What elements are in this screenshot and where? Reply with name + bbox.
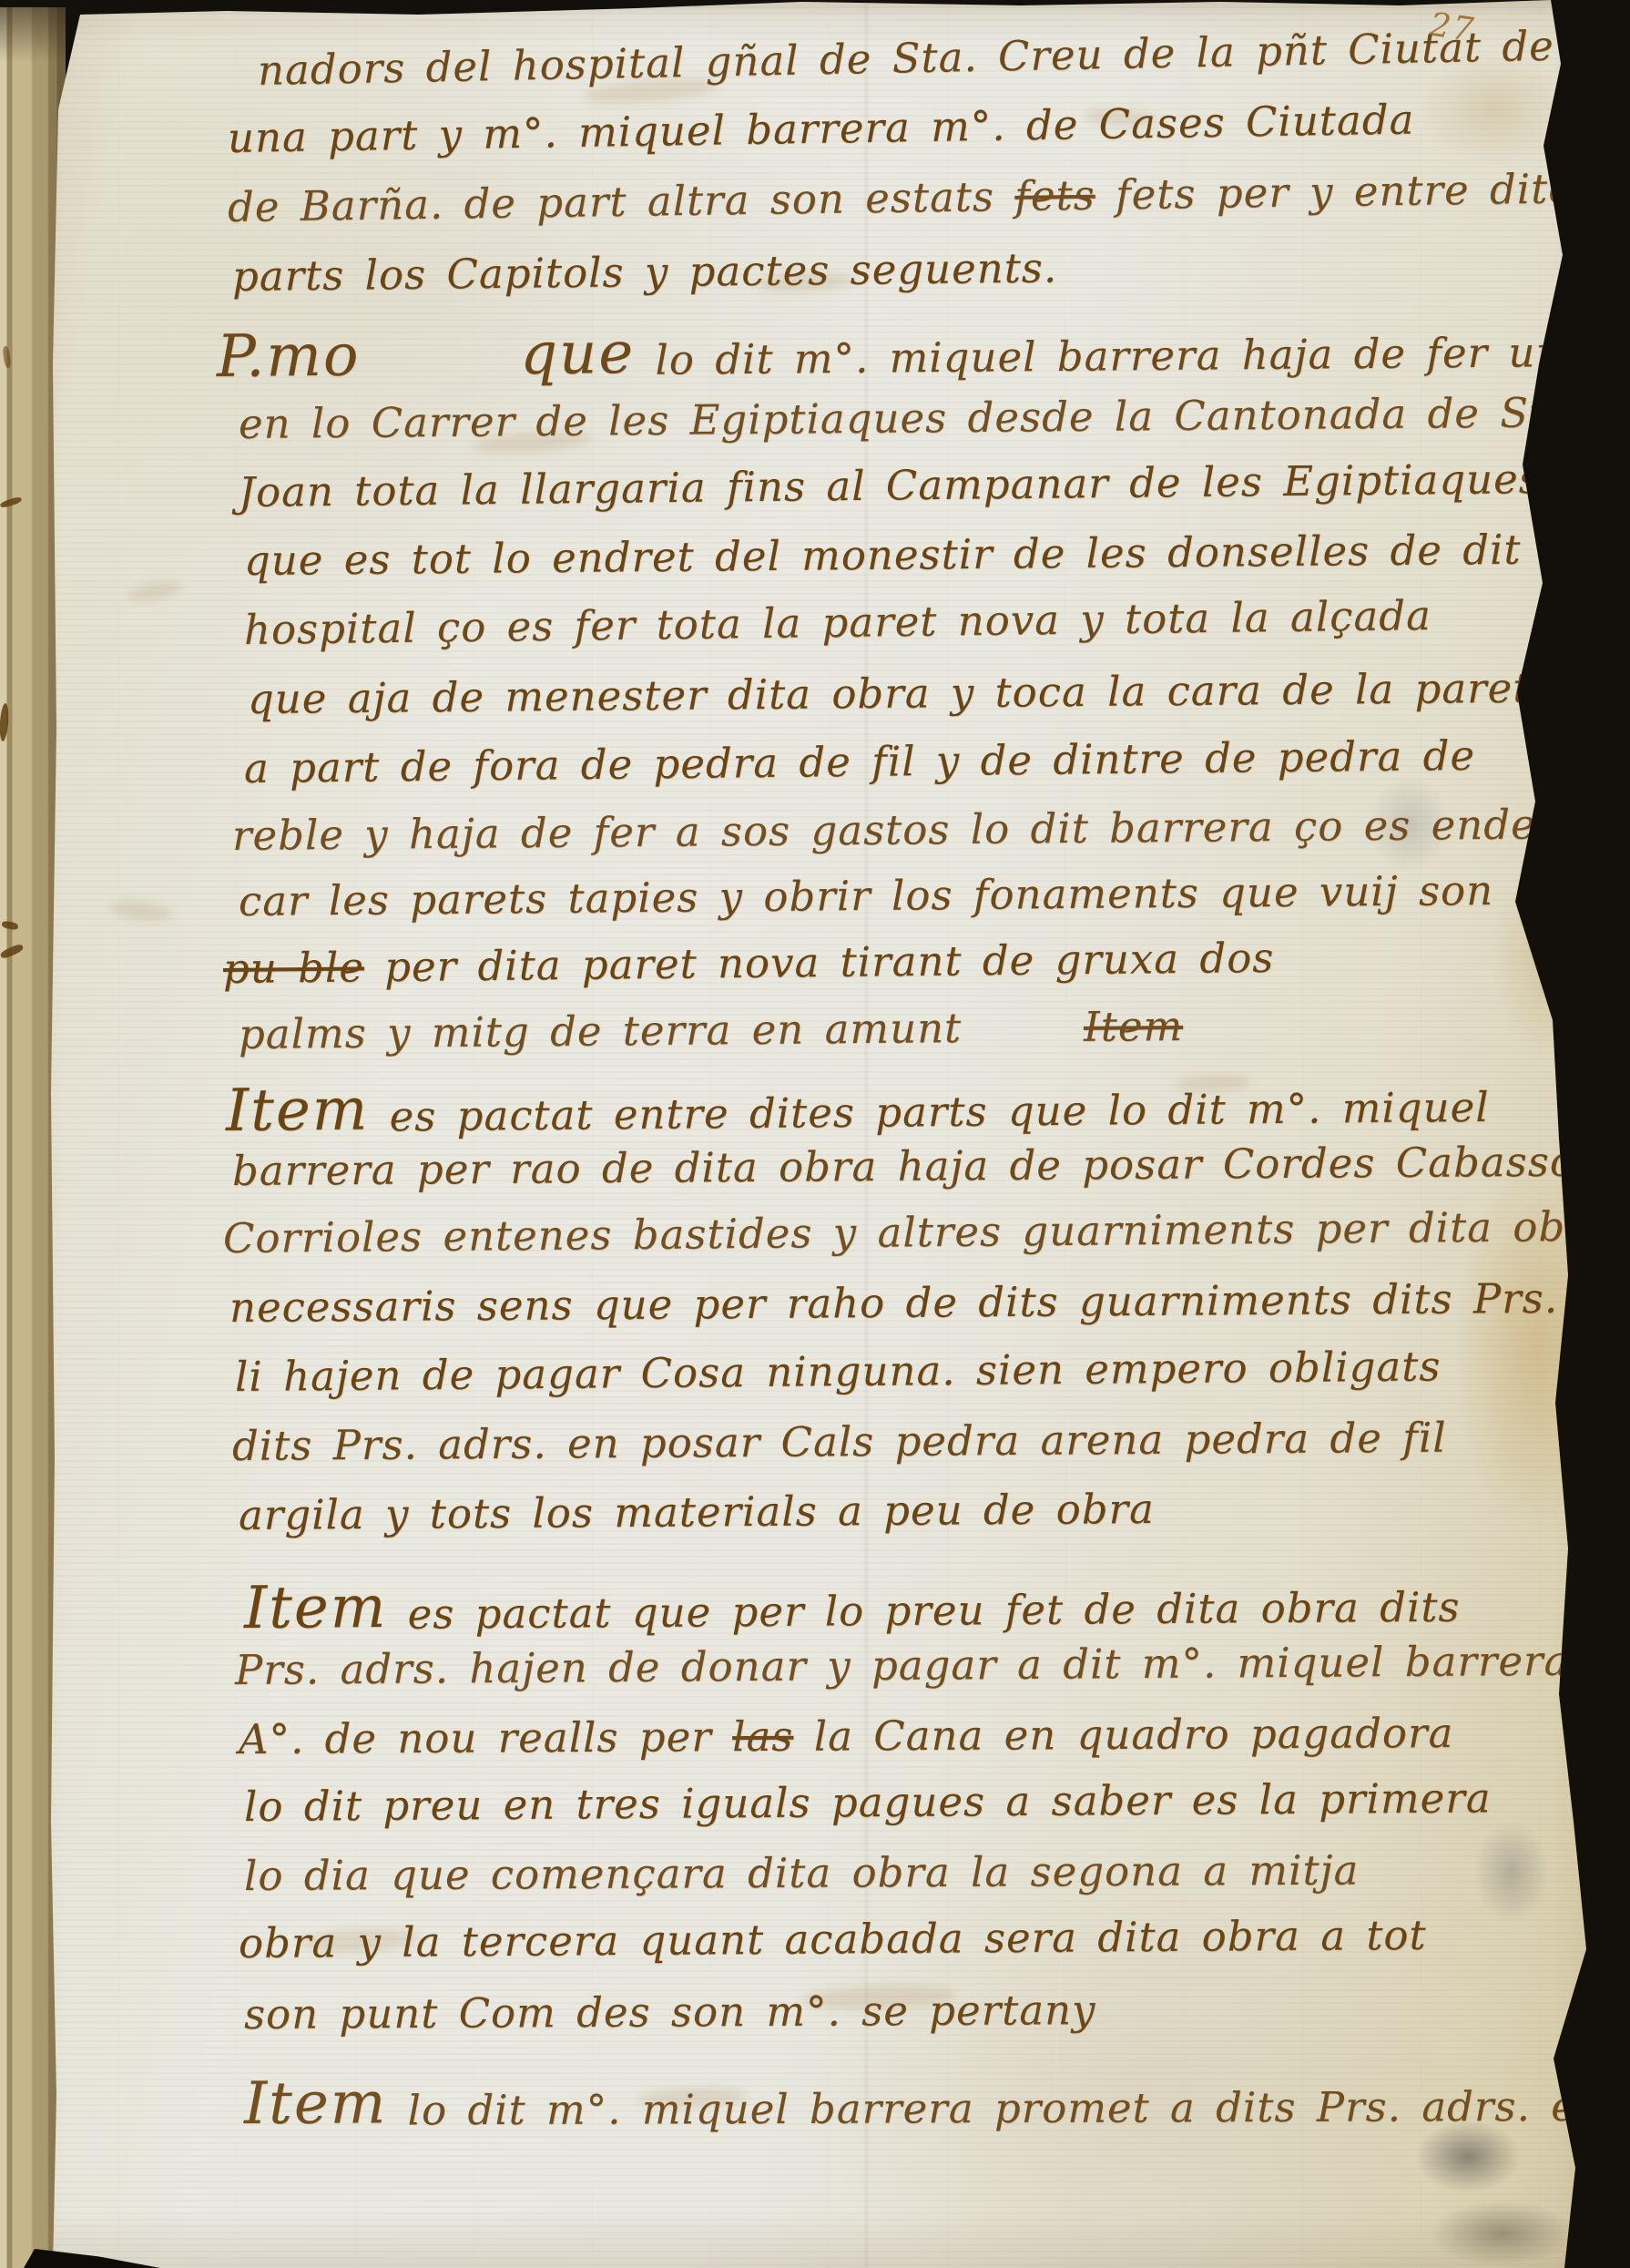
manuscript-line: palms y mitg de terra en amunt Item: [239, 1003, 1184, 1058]
manuscript-line: argila y tots los materials a peu de obr…: [239, 1486, 1155, 1539]
manuscript-line: dits Prs. adrs. en posar Cals pedra aren…: [232, 1415, 1447, 1470]
manuscript-line: Item lo dit m°. miquel barrera promet a …: [244, 2069, 1604, 2140]
gutter-ink-mark: [0, 703, 9, 742]
handwritten-text-block: nadors del hospital gñal de Sta. Creu de…: [0, 0, 1630, 2268]
manuscript-line: Corrioles entenes bastides y altres guar…: [223, 1203, 1612, 1262]
manuscript-line: necessaris sens que per raho de dits gua…: [229, 1274, 1630, 1332]
manuscript-line: hospital ço es fer tota la paret nova y …: [244, 592, 1431, 654]
manuscript-line: son punt Com des son m°. se pertany: [244, 1987, 1096, 2038]
manuscript-line: barrera per rao de dita obra haja de pos…: [232, 1139, 1597, 1195]
manuscript-line: parts los Capitols y pactes seguents.: [232, 245, 1058, 301]
manuscript-line: Item es pactat que per lo preu fet de di…: [244, 1569, 1461, 1645]
manuscript-line: de Barña. de part altra son estats fets …: [228, 165, 1596, 231]
manuscript-line: lo dia que començara dita obra la segona…: [244, 1847, 1360, 1900]
manuscript-line: una part y m°. miquel barrera m°. de Cas…: [228, 97, 1415, 162]
manuscript-line: obra y la tercera quant acabada sera dit…: [239, 1912, 1427, 1967]
manuscript-line: car les parets tapies y obrir los foname…: [239, 867, 1494, 925]
manuscript-line: Prs. adrs. hajen de donar y pagar a dit …: [235, 1638, 1570, 1694]
manuscript-line: Joan tota la llargaria fins al Campanar …: [239, 455, 1541, 516]
manuscript-line: P.mo que lo dit m°. miquel barrera haja …: [217, 313, 1630, 393]
gutter-ink-mark: [2, 346, 11, 369]
gutter-ink-mark: [0, 943, 25, 960]
manuscript-line: Item es pactat entre dites parts que lo …: [226, 1069, 1490, 1148]
manuscript-line: que aja de menester dita obra y toca la …: [248, 665, 1531, 723]
scan-background: { "document": { "kind": "handwritten man…: [0, 0, 1630, 2268]
manuscript-line: lo dit preu en tres iguals pagues a sabe…: [244, 1774, 1492, 1830]
manuscript-line: en lo Carrer de les Egiptiaques desde la…: [239, 389, 1561, 447]
gutter-ink-mark: [0, 495, 22, 508]
manuscript-line: A°. de nou realls per las la Cana en qua…: [239, 1710, 1454, 1763]
manuscript-line: li hajen de pagar Cosa ninguna. sien emp…: [235, 1343, 1442, 1400]
manuscript-line: reble y haja de fer a sos gastos lo dit …: [232, 801, 1603, 860]
manuscript-page: 27 nadors del hospital gñal de Sta. Creu…: [0, 0, 1630, 2268]
manuscript-line: nadors del hospital gñal de Sta. Creu de…: [258, 23, 1555, 95]
gutter-ink-mark: [1, 920, 18, 931]
manuscript-line: pu ble per dita paret nova tirant de gru…: [223, 935, 1275, 993]
manuscript-line: a part de fora de pedra de fil y de dint…: [244, 732, 1476, 792]
manuscript-line: que es tot lo endret del monestir de les…: [244, 526, 1522, 585]
